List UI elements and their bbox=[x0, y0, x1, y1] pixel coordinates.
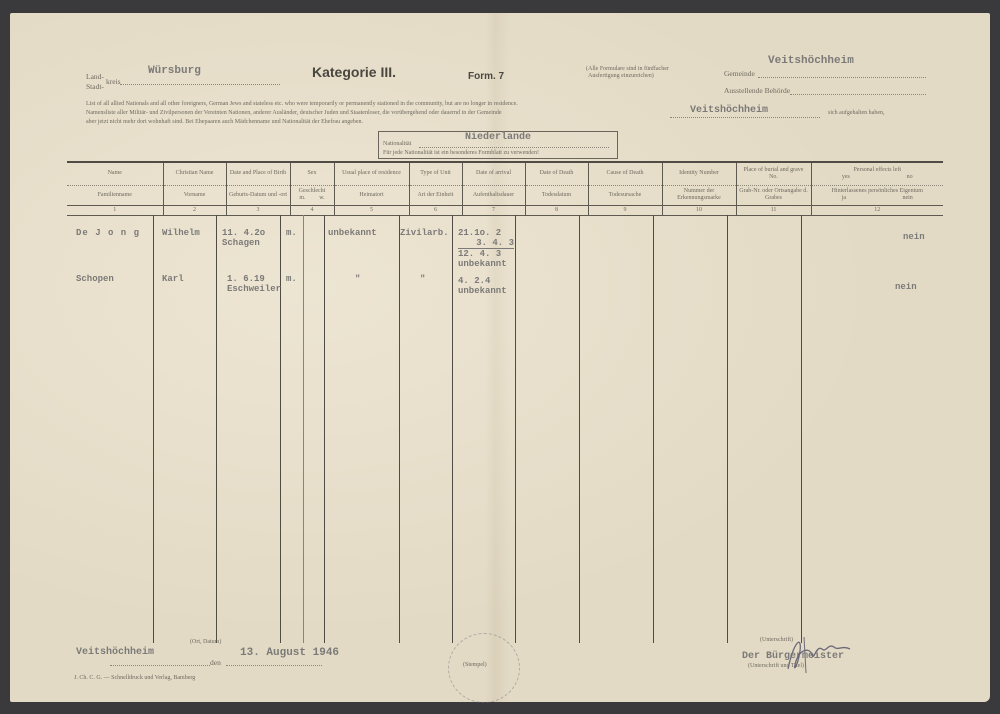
printer-note: J. Ch. C. G. — Schnelldruck und Verlag, … bbox=[74, 675, 195, 682]
row2-birth-date: 1. 6.19 bbox=[227, 274, 265, 284]
category-title: Kategorie III. bbox=[312, 64, 396, 80]
intro-line-german-end: sich aufgehalten haben, bbox=[828, 110, 884, 117]
col-header-sex-de: Geschlecht m. w. bbox=[290, 185, 334, 205]
col-num-9: 9 bbox=[588, 205, 662, 215]
row2-unit-ditto: " bbox=[420, 274, 425, 284]
col-header-christian-en: Christian Name bbox=[163, 163, 226, 185]
row1-sex: m. bbox=[286, 228, 297, 238]
col-header-residence-en: Usual place of residence bbox=[334, 163, 409, 185]
handwritten-signature bbox=[780, 631, 860, 677]
row1-arrival-3: 12. 4. 3 bbox=[458, 249, 501, 259]
col-header-effects-de: Hinterlassenes persönliches Eigentum ja … bbox=[811, 185, 943, 205]
row1-birth-date: 11. 4.2o bbox=[222, 228, 265, 238]
place-date-label: (Ort, Datum) bbox=[190, 639, 221, 646]
row1-arrival-2: 3. 4. 3 bbox=[458, 238, 514, 249]
nationality-note: Für jede Nationalität ist ein besonderes… bbox=[383, 150, 539, 157]
column-divider bbox=[153, 215, 154, 643]
document-page: Land- Stadt- kreis Würsburg Kategorie II… bbox=[10, 13, 990, 702]
col-header-unit-en: Type of Unit bbox=[409, 163, 462, 185]
column-divider bbox=[452, 215, 453, 643]
form-note-1: (Alle Formulare sind in fünffacher bbox=[586, 66, 669, 73]
nationality-line bbox=[419, 147, 609, 148]
col-header-burial-en: Place of burial and grave No. bbox=[736, 163, 811, 185]
col-num-12: 12 bbox=[811, 205, 943, 215]
col-header-residence-de: Heimatort bbox=[334, 185, 409, 205]
gemeinde-line bbox=[758, 77, 926, 78]
land-label: Land- bbox=[86, 72, 104, 81]
form-number: Form. 7 bbox=[468, 71, 504, 82]
column-divider bbox=[399, 215, 400, 643]
intro-community-line bbox=[670, 117, 820, 118]
gemeinde-label: Gemeinde bbox=[724, 69, 755, 78]
gemeinde-value: Veitshöchheim bbox=[768, 55, 854, 67]
row2-arrival-1: 4. 2.4 bbox=[458, 276, 490, 286]
column-divider bbox=[579, 215, 580, 643]
row1-unit-type: Zivilarb. bbox=[400, 228, 449, 238]
stamp-label: (Stempel) bbox=[463, 662, 487, 669]
row1-personal-effects: nein bbox=[903, 232, 925, 242]
intro-line-german-2: aber jetzt nicht mehr dort wohnhaft sind… bbox=[86, 119, 363, 126]
col-header-sex-en: Sex bbox=[290, 163, 334, 185]
sex-w-label: w. bbox=[319, 195, 324, 202]
form-note-2: Ausfertigung einzureichen) bbox=[588, 73, 654, 80]
effects-nein-label: nein bbox=[902, 195, 912, 202]
col-header-name-en: Name bbox=[67, 163, 163, 185]
col-header-death-date-de: Todesdatum bbox=[525, 185, 588, 205]
sex-sub: m. w. bbox=[293, 195, 332, 202]
row1-christian-name: Wilhelm bbox=[162, 228, 200, 238]
stadt-label: Stadt- bbox=[86, 82, 104, 91]
row1-birth-place: Schagen bbox=[222, 238, 260, 248]
sex-m-label: m. bbox=[299, 195, 305, 202]
col-num-4: 4 bbox=[290, 205, 334, 215]
nationality-label: Nationalität bbox=[383, 141, 411, 148]
row2-personal-effects: nein bbox=[895, 282, 917, 292]
kreis-line bbox=[120, 84, 280, 85]
behoerde-line bbox=[790, 94, 926, 95]
kreis-value: Würsburg bbox=[148, 65, 201, 77]
intro-community-value: Veitshöchheim bbox=[690, 105, 768, 116]
col-header-identity-de: Nummer der Erkennungsmarke bbox=[662, 185, 736, 205]
column-divider bbox=[324, 215, 325, 643]
behoerde-label: Ausstellende Behörde bbox=[724, 86, 790, 95]
column-divider bbox=[801, 215, 802, 643]
kreis-label: kreis bbox=[106, 77, 121, 86]
col-header-name-de: Familienname bbox=[67, 185, 163, 205]
col-num-2: 2 bbox=[163, 205, 226, 215]
row1-arrival-1: 21.1o. 2 bbox=[458, 228, 501, 238]
col-header-arrival-de: Aufenthaltsdauer bbox=[462, 185, 525, 205]
row2-residence-ditto: " bbox=[355, 274, 360, 284]
col-num-7: 7 bbox=[462, 205, 525, 215]
row2-birth-place: Eschweiler bbox=[227, 284, 281, 294]
effects-de-label: Hinterlassenes persönliches Eigentum bbox=[814, 188, 942, 195]
column-divider bbox=[727, 215, 728, 643]
row2-christian-name: Karl bbox=[162, 274, 184, 284]
col-num-11: 11 bbox=[736, 205, 811, 215]
col-num-3: 3 bbox=[226, 205, 290, 215]
col-header-birth-en: Date and Place of Birth bbox=[226, 163, 290, 185]
col-num-6: 6 bbox=[409, 205, 462, 215]
intro-line-english: List of all allied Nationals and all oth… bbox=[86, 101, 786, 108]
column-divider bbox=[653, 215, 654, 643]
col-header-burial-de: Grab-Nr. oder Ortsangabe d. Grabes bbox=[736, 185, 811, 205]
col-header-effects-en: Personal effects left yes no bbox=[811, 163, 943, 185]
col-num-1: 1 bbox=[67, 205, 163, 215]
column-divider bbox=[515, 215, 516, 643]
row1-residence: unbekannt bbox=[328, 228, 377, 238]
official-stamp: (Stempel) bbox=[448, 633, 520, 703]
row2-sex: m. bbox=[286, 274, 297, 284]
col-num-8: 8 bbox=[525, 205, 588, 215]
row2-surname: Schopen bbox=[76, 274, 114, 284]
col-num-10: 10 bbox=[662, 205, 736, 215]
col-header-death-cause-en: Cause of Death bbox=[588, 163, 662, 185]
nationality-box: Nationalität Niederlande Für jede Nation… bbox=[378, 131, 618, 159]
col-header-death-date-en: Date of Death bbox=[525, 163, 588, 185]
nationality-value: Niederlande bbox=[465, 132, 531, 143]
col-header-identity-en: Identity Number bbox=[662, 163, 736, 185]
row2-arrival-2: unbekannt bbox=[458, 286, 507, 296]
date-value: 13. August 1946 bbox=[240, 647, 339, 659]
col-header-birth-de: Geburts-Datum und -ort bbox=[226, 185, 290, 205]
effects-yes-label: yes bbox=[842, 174, 850, 181]
effects-en-sub: yes no bbox=[814, 174, 942, 181]
row1-surname: De J o n g bbox=[76, 228, 140, 238]
effects-no-label: no bbox=[907, 174, 913, 181]
den-label: den bbox=[210, 658, 221, 667]
sex-de-label: Geschlecht bbox=[293, 188, 332, 195]
col-num-5: 5 bbox=[334, 205, 409, 215]
column-divider bbox=[216, 215, 217, 643]
effects-de-sub: ja nein bbox=[814, 195, 942, 202]
col-header-death-cause-de: Todesursache bbox=[588, 185, 662, 205]
effects-en-label: Personal effects left bbox=[814, 167, 942, 174]
place-value: Veitshöchheim bbox=[76, 647, 154, 658]
intro-line-german: Namensliste aller Militär- und Zivilpers… bbox=[86, 110, 502, 117]
row1-arrival-4: unbekannt bbox=[458, 259, 507, 269]
column-divider bbox=[280, 215, 281, 643]
place-line bbox=[110, 665, 210, 666]
col-header-christian-de: Vorname bbox=[163, 185, 226, 205]
date-line bbox=[226, 665, 322, 666]
register-table-header: Name Christian Name Date and Place of Bi… bbox=[67, 163, 943, 216]
col-header-unit-de: Art der Einheit bbox=[409, 185, 462, 205]
col-header-arrival-en: Date of arrival bbox=[462, 163, 525, 185]
effects-ja-label: ja bbox=[842, 195, 846, 202]
column-divider-sex-sub bbox=[303, 215, 304, 643]
